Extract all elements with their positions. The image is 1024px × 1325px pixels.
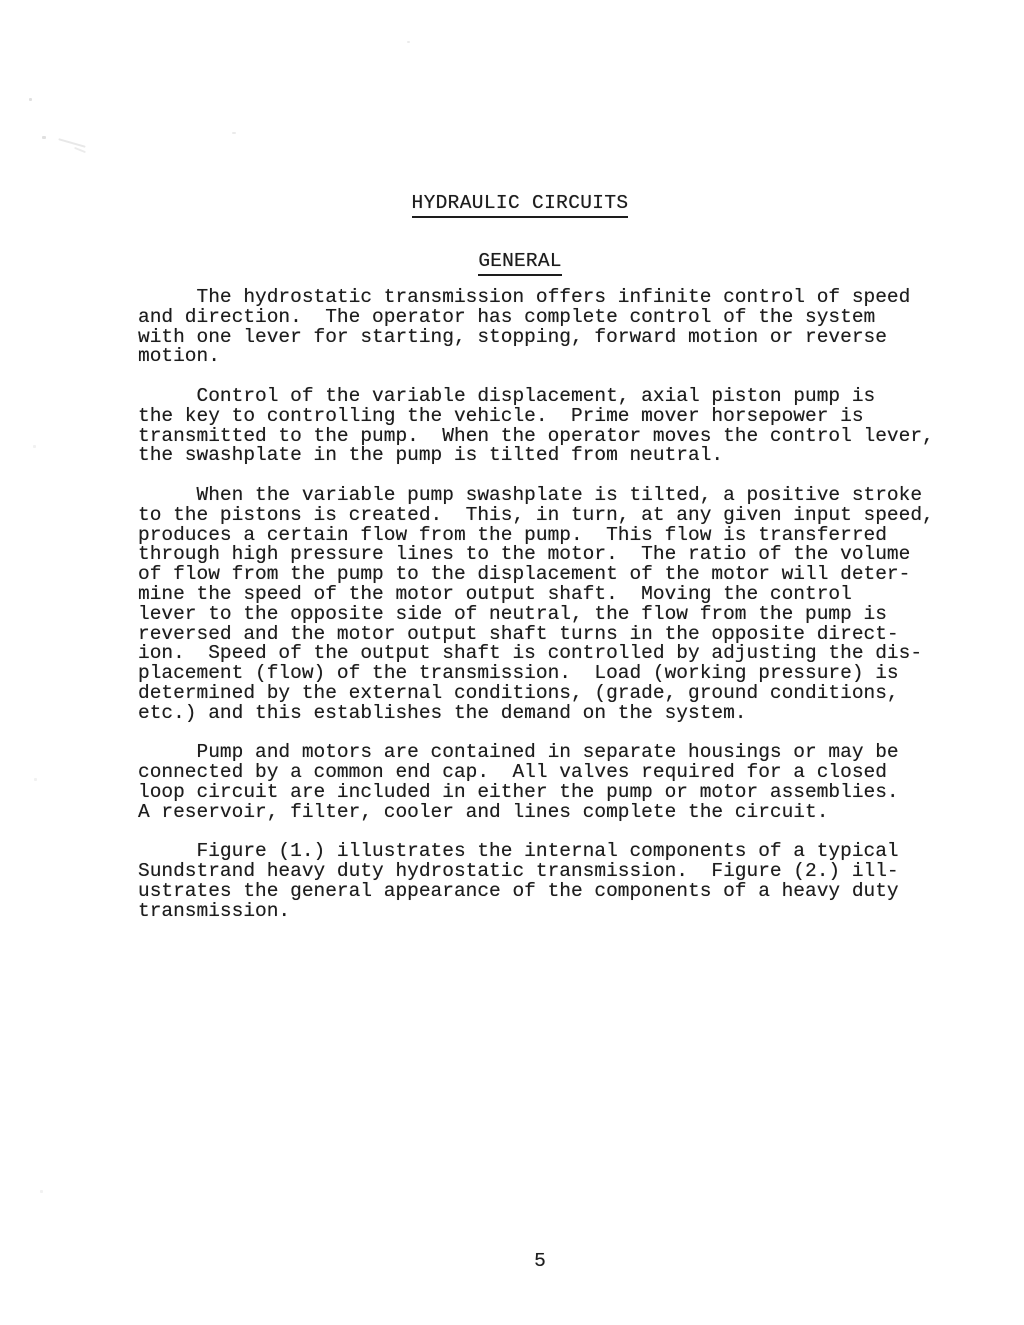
- text-line: the swashplate in the pump is tilted fro…: [138, 446, 934, 466]
- text-line: The hydrostatic transmission offers infi…: [138, 288, 934, 308]
- text-line: with one lever for starting, stopping, f…: [138, 328, 934, 348]
- text-line: determined by the external conditions, (…: [138, 684, 934, 704]
- document-title-row: HYDRAULIC CIRCUITS: [0, 194, 1024, 218]
- text-line: transmission.: [138, 902, 934, 922]
- text-line: etc.) and this establishes the demand on…: [138, 704, 934, 724]
- text-line: A reservoir, filter, cooler and lines co…: [138, 803, 934, 823]
- text-line: Sundstrand heavy duty hydrostatic transm…: [138, 862, 934, 882]
- scanned-document-page: HYDRAULIC CIRCUITS GENERAL The hydrostat…: [0, 0, 1024, 1325]
- scan-speck: [34, 778, 37, 781]
- text-line: the key to controlling the vehicle. Prim…: [138, 407, 934, 427]
- document-body: The hydrostatic transmission offers infi…: [138, 288, 934, 922]
- section-heading: GENERAL: [478, 252, 561, 276]
- paragraph: When the variable pump swashplate is til…: [138, 486, 934, 724]
- scan-scratch: [58, 138, 85, 148]
- scan-speck: [42, 136, 46, 139]
- scan-speck: [232, 132, 236, 134]
- text-line: lever to the opposite side of neutral, t…: [138, 605, 934, 625]
- text-line: and direction. The operator has complete…: [138, 308, 934, 328]
- page-number-row: 5: [0, 1252, 1024, 1272]
- scan-speck: [33, 445, 36, 448]
- paragraph: Pump and motors are contained in separat…: [138, 743, 934, 822]
- text-line: placement (flow) of the transmission. Lo…: [138, 664, 934, 684]
- text-line: to the pistons is created. This, in turn…: [138, 506, 934, 526]
- document-title: HYDRAULIC CIRCUITS: [412, 194, 629, 218]
- text-line: loop circuit are included in either the …: [138, 783, 934, 803]
- section-heading-row: GENERAL: [0, 252, 1024, 276]
- paragraph: The hydrostatic transmission offers infi…: [138, 288, 934, 367]
- text-line: connected by a common end cap. All valve…: [138, 763, 934, 783]
- text-line: mine the speed of the motor output shaft…: [138, 585, 934, 605]
- text-line: ustrates the general appearance of the c…: [138, 882, 934, 902]
- scan-speck: [407, 41, 410, 43]
- page-number: 5: [534, 1250, 546, 1272]
- paragraph: Figure (1.) illustrates the internal com…: [138, 842, 934, 921]
- paragraph: Control of the variable displacement, ax…: [138, 387, 934, 466]
- text-line: motion.: [138, 347, 934, 367]
- text-line: When the variable pump swashplate is til…: [138, 486, 934, 506]
- scan-speck: [40, 1190, 43, 1193]
- text-line: of flow from the pump to the displacemen…: [138, 565, 934, 585]
- scan-speck: [29, 98, 32, 101]
- text-line: Control of the variable displacement, ax…: [138, 387, 934, 407]
